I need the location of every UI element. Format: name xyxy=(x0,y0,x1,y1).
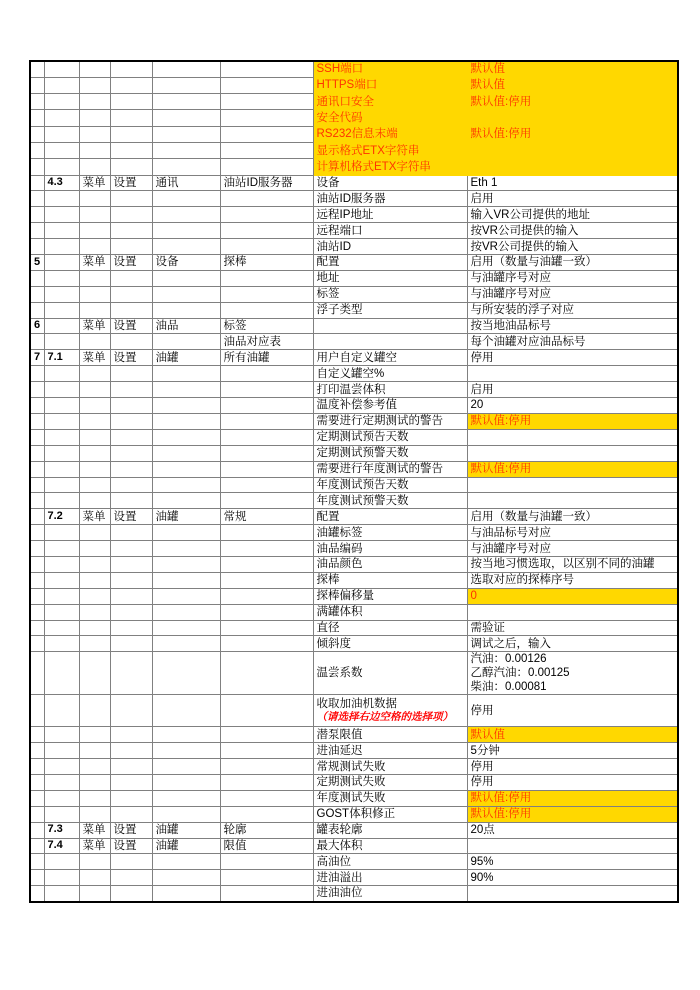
menu-cell xyxy=(79,620,110,636)
subsection-no-cell xyxy=(44,620,79,636)
subcategory-cell xyxy=(220,636,313,652)
param-cell: 打印温尝体积 xyxy=(313,382,467,398)
menu-cell xyxy=(79,270,110,286)
subcategory-cell: 轮廓 xyxy=(220,822,313,838)
table-row: HTTPS端口默认值 xyxy=(30,77,678,93)
table-row: 温尝系数汽油：0.00126乙醇汽油：0.00125柴油：0.00081 xyxy=(30,652,678,695)
category-cell xyxy=(152,191,220,207)
submenu-cell: 设置 xyxy=(110,318,152,334)
cell-line: 柴油：0.00081 xyxy=(471,680,675,694)
param-cell: 安全代码 xyxy=(313,110,467,126)
section-no-cell xyxy=(30,413,44,429)
table-row: 油站ID按VR公司提供的输入 xyxy=(30,239,678,255)
value-cell: 与油罐序号对应 xyxy=(467,286,678,302)
submenu-cell xyxy=(110,223,152,239)
submenu-cell xyxy=(110,142,152,158)
value-cell xyxy=(467,477,678,493)
table-row: 标签与油罐序号对应 xyxy=(30,286,678,302)
subsection-no-cell xyxy=(44,398,79,414)
subcategory-cell xyxy=(220,142,313,158)
menu-cell xyxy=(79,636,110,652)
param-cell: 地址 xyxy=(313,270,467,286)
section-no-cell xyxy=(30,398,44,414)
submenu-cell xyxy=(110,445,152,461)
param-cell: 油品颜色 xyxy=(313,556,467,572)
param-cell: 定期测试预告天数 xyxy=(313,429,467,445)
menu-cell: 菜单 xyxy=(79,350,110,366)
submenu-cell xyxy=(110,620,152,636)
category-cell xyxy=(152,604,220,620)
section-no-cell xyxy=(30,743,44,759)
menu-cell: 菜单 xyxy=(79,175,110,191)
value-cell xyxy=(467,493,678,509)
menu-cell xyxy=(79,461,110,477)
param-cell: 标签 xyxy=(313,286,467,302)
subcategory-cell xyxy=(220,556,313,572)
table-row: 年度测试预警天数 xyxy=(30,493,678,509)
menu-cell xyxy=(79,652,110,695)
category-cell xyxy=(152,207,220,223)
param-cell: 倾斜度 xyxy=(313,636,467,652)
submenu-cell xyxy=(110,302,152,318)
section-no-cell xyxy=(30,94,44,110)
param-cell: 计算机格式ETX字符串 xyxy=(313,159,467,175)
subsection-no-cell: 7.3 xyxy=(44,822,79,838)
section-no-cell: 7 xyxy=(30,350,44,366)
param-cell: GOST体积修正 xyxy=(313,806,467,822)
subcategory-cell xyxy=(220,461,313,477)
value-cell: 按VR公司提供的输入 xyxy=(467,239,678,255)
submenu-cell xyxy=(110,775,152,791)
section-no-cell xyxy=(30,620,44,636)
submenu-cell xyxy=(110,695,152,727)
menu-cell xyxy=(79,695,110,727)
subcategory-cell xyxy=(220,207,313,223)
param-cell: SSH端口 xyxy=(313,61,467,77)
value-cell: 0 xyxy=(467,588,678,604)
section-no-cell xyxy=(30,366,44,382)
submenu-cell: 设置 xyxy=(110,350,152,366)
subcategory-cell xyxy=(220,870,313,886)
menu-cell xyxy=(79,77,110,93)
table-row: 远程端口按VR公司提供的输入 xyxy=(30,223,678,239)
subsection-no-cell xyxy=(44,790,79,806)
subcategory-cell xyxy=(220,854,313,870)
menu-cell xyxy=(79,604,110,620)
category-cell xyxy=(152,398,220,414)
submenu-cell xyxy=(110,541,152,557)
section-no-cell xyxy=(30,142,44,158)
subsection-no-cell xyxy=(44,604,79,620)
value-cell xyxy=(467,366,678,382)
value-cell: 默认值:停用 xyxy=(467,790,678,806)
subcategory-cell xyxy=(220,588,313,604)
submenu-cell xyxy=(110,886,152,902)
table-row: 温度补偿参考值20 xyxy=(30,398,678,414)
section-no-cell xyxy=(30,429,44,445)
section-no-cell xyxy=(30,695,44,727)
menu-cell xyxy=(79,886,110,902)
subsection-no-cell xyxy=(44,445,79,461)
menu-cell xyxy=(79,207,110,223)
table-row: 自定义罐空% xyxy=(30,366,678,382)
table-row: 4.3菜单设置通讯油站ID服务器设备Eth 1 xyxy=(30,175,678,191)
subsection-no-cell xyxy=(44,461,79,477)
menu-cell xyxy=(79,572,110,588)
submenu-cell xyxy=(110,790,152,806)
param-cell: 远程IP地址 xyxy=(313,207,467,223)
value-cell: 与油品标号对应 xyxy=(467,525,678,541)
subcategory-cell xyxy=(220,159,313,175)
param-cell: 油站ID服务器 xyxy=(313,191,467,207)
table-row: 倾斜度调试之后，输入 xyxy=(30,636,678,652)
submenu-cell: 设置 xyxy=(110,255,152,271)
category-cell xyxy=(152,727,220,743)
category-cell xyxy=(152,652,220,695)
subsection-no-cell: 7.1 xyxy=(44,350,79,366)
param-cell: 温尝系数 xyxy=(313,652,467,695)
table-row: 潜泵限值默认值 xyxy=(30,727,678,743)
value-cell: 默认值:停用 xyxy=(467,461,678,477)
category-cell xyxy=(152,477,220,493)
subsection-no-cell xyxy=(44,636,79,652)
value-cell: 默认值:停用 xyxy=(467,806,678,822)
subsection-no-cell xyxy=(44,759,79,775)
value-cell: 启用 xyxy=(467,382,678,398)
param-cell: 探棒 xyxy=(313,572,467,588)
subsection-no-cell xyxy=(44,588,79,604)
subcategory-cell xyxy=(220,541,313,557)
subcategory-cell: 标签 xyxy=(220,318,313,334)
page: { "table": { "grid_color": "#808080", "s… xyxy=(0,0,700,990)
menu-cell xyxy=(79,854,110,870)
section-no-cell xyxy=(30,775,44,791)
param-cell: 定期测试预警天数 xyxy=(313,445,467,461)
subsection-no-cell xyxy=(44,727,79,743)
table-row: GOST体积修正默认值:停用 xyxy=(30,806,678,822)
subsection-no-cell xyxy=(44,302,79,318)
value-cell: 每个油罐对应油品标号 xyxy=(467,334,678,350)
value-cell: 启用 xyxy=(467,191,678,207)
submenu-cell xyxy=(110,604,152,620)
menu-cell xyxy=(79,366,110,382)
value-cell xyxy=(467,886,678,902)
submenu-cell xyxy=(110,854,152,870)
value-cell: 调试之后，输入 xyxy=(467,636,678,652)
param-cell: 设备 xyxy=(313,175,467,191)
section-no-cell xyxy=(30,572,44,588)
value-cell: 停用 xyxy=(467,695,678,727)
category-cell: 油罐 xyxy=(152,509,220,525)
table-row: 进油油位 xyxy=(30,886,678,902)
section-no-cell: 6 xyxy=(30,318,44,334)
section-no-cell xyxy=(30,636,44,652)
value-cell: 95% xyxy=(467,854,678,870)
subcategory-cell: 常规 xyxy=(220,509,313,525)
section-no-cell xyxy=(30,175,44,191)
section-no-cell xyxy=(30,286,44,302)
subcategory-cell: 限值 xyxy=(220,838,313,854)
table-row: 直径需验证 xyxy=(30,620,678,636)
subsection-no-cell xyxy=(44,886,79,902)
menu-cell: 菜单 xyxy=(79,838,110,854)
submenu-cell xyxy=(110,743,152,759)
param-cell: 进油油位 xyxy=(313,886,467,902)
subsection-no-cell xyxy=(44,870,79,886)
param-cell: 最大体积 xyxy=(313,838,467,854)
subcategory-cell xyxy=(220,302,313,318)
table-row: 定期测试预警天数 xyxy=(30,445,678,461)
section-no-cell xyxy=(30,77,44,93)
subsection-no-cell xyxy=(44,207,79,223)
param-cell: 收取加油机数据（请选择右边空格的选择项） xyxy=(313,695,467,727)
table-row: 进油溢出90% xyxy=(30,870,678,886)
subsection-no-cell xyxy=(44,854,79,870)
subsection-no-cell xyxy=(44,541,79,557)
section-no-cell xyxy=(30,110,44,126)
menu-cell xyxy=(79,429,110,445)
param-cell: 进油延迟 xyxy=(313,743,467,759)
subcategory-cell xyxy=(220,110,313,126)
category-cell xyxy=(152,854,220,870)
param-cell: 高油位 xyxy=(313,854,467,870)
value-cell xyxy=(467,429,678,445)
param-cell xyxy=(313,318,467,334)
value-cell: 需验证 xyxy=(467,620,678,636)
menu-cell xyxy=(79,727,110,743)
value-cell xyxy=(467,142,678,158)
param-cell: 常规测试失败 xyxy=(313,759,467,775)
value-cell: 与所安装的浮子对应 xyxy=(467,302,678,318)
value-cell xyxy=(467,159,678,175)
value-cell: 5分钟 xyxy=(467,743,678,759)
table-row: 通讯口安全默认值:停用 xyxy=(30,94,678,110)
category-cell: 油罐 xyxy=(152,822,220,838)
menu-cell xyxy=(79,334,110,350)
value-cell: 按当地油品标号 xyxy=(467,318,678,334)
menu-cell xyxy=(79,790,110,806)
submenu-cell xyxy=(110,159,152,175)
section-no-cell xyxy=(30,509,44,525)
table-row: 常规测试失败停用 xyxy=(30,759,678,775)
section-no-cell xyxy=(30,838,44,854)
subsection-no-cell xyxy=(44,126,79,142)
category-cell xyxy=(152,743,220,759)
submenu-cell xyxy=(110,556,152,572)
menu-cell xyxy=(79,94,110,110)
category-cell xyxy=(152,366,220,382)
subsection-no-cell xyxy=(44,142,79,158)
subcategory-cell xyxy=(220,790,313,806)
subsection-no-cell xyxy=(44,572,79,588)
subcategory-cell xyxy=(220,126,313,142)
menu-cell xyxy=(79,556,110,572)
subcategory-cell xyxy=(220,413,313,429)
section-no-cell xyxy=(30,652,44,695)
value-cell: Eth 1 xyxy=(467,175,678,191)
menu-cell xyxy=(79,493,110,509)
menu-cell xyxy=(79,445,110,461)
param-cell: 自定义罐空% xyxy=(313,366,467,382)
section-no-cell xyxy=(30,126,44,142)
menu-cell: 菜单 xyxy=(79,509,110,525)
submenu-cell xyxy=(110,110,152,126)
table-row: 需要进行年度测试的警告默认值:停用 xyxy=(30,461,678,477)
submenu-cell xyxy=(110,286,152,302)
value-cell xyxy=(467,110,678,126)
subcategory-cell xyxy=(220,759,313,775)
value-cell: 默认值:停用 xyxy=(467,94,678,110)
menu-cell xyxy=(79,126,110,142)
menu-cell xyxy=(79,541,110,557)
menu-cell xyxy=(79,806,110,822)
section-no-cell xyxy=(30,270,44,286)
table-row: 进油延迟5分钟 xyxy=(30,743,678,759)
param-cell: 直径 xyxy=(313,620,467,636)
submenu-cell xyxy=(110,477,152,493)
section-no-cell xyxy=(30,854,44,870)
category-cell xyxy=(152,620,220,636)
category-cell xyxy=(152,886,220,902)
subcategory-cell xyxy=(220,886,313,902)
value-cell: 停用 xyxy=(467,350,678,366)
table-row: 油罐标签与油品标号对应 xyxy=(30,525,678,541)
table-row: 油品对应表每个油罐对应油品标号 xyxy=(30,334,678,350)
section-no-cell xyxy=(30,334,44,350)
value-cell: 按VR公司提供的输入 xyxy=(467,223,678,239)
category-cell: 通讯 xyxy=(152,175,220,191)
category-cell xyxy=(152,759,220,775)
section-no-cell xyxy=(30,759,44,775)
section-no-cell xyxy=(30,493,44,509)
subsection-no-cell: 4.3 xyxy=(44,175,79,191)
category-cell xyxy=(152,159,220,175)
submenu-cell xyxy=(110,727,152,743)
section-no-cell xyxy=(30,822,44,838)
cell-line: 收取加油机数据 xyxy=(317,697,464,711)
cell-line: 乙醇汽油：0.00125 xyxy=(471,666,675,680)
table-row: 6菜单设置油品标签按当地油品标号 xyxy=(30,318,678,334)
category-cell xyxy=(152,870,220,886)
subcategory-cell: 油品对应表 xyxy=(220,334,313,350)
subsection-no-cell xyxy=(44,239,79,255)
value-cell: 20 xyxy=(467,398,678,414)
submenu-cell xyxy=(110,270,152,286)
value-cell: 默认值:停用 xyxy=(467,126,678,142)
subcategory-cell xyxy=(220,223,313,239)
param-cell: 油站ID xyxy=(313,239,467,255)
submenu-cell xyxy=(110,413,152,429)
subsection-no-cell: 7.4 xyxy=(44,838,79,854)
table-row: 浮子类型与所安装的浮子对应 xyxy=(30,302,678,318)
category-cell xyxy=(152,556,220,572)
value-cell: 选取对应的探棒序号 xyxy=(467,572,678,588)
category-cell xyxy=(152,223,220,239)
submenu-cell xyxy=(110,61,152,77)
subcategory-cell xyxy=(220,61,313,77)
settings-table: SSH端口默认值HTTPS端口默认值通讯口安全默认值:停用安全代码RS232信息… xyxy=(29,60,679,903)
submenu-cell xyxy=(110,77,152,93)
section-no-cell xyxy=(30,525,44,541)
section-no-cell xyxy=(30,61,44,77)
subcategory-cell xyxy=(220,695,313,727)
subsection-no-cell xyxy=(44,556,79,572)
param-cell: 定期测试失败 xyxy=(313,775,467,791)
section-no-cell xyxy=(30,806,44,822)
menu-cell xyxy=(79,759,110,775)
category-cell xyxy=(152,429,220,445)
section-no-cell xyxy=(30,870,44,886)
submenu-cell xyxy=(110,461,152,477)
menu-cell xyxy=(79,61,110,77)
subsection-no-cell xyxy=(44,191,79,207)
subcategory-cell xyxy=(220,270,313,286)
table-row: 年度测试预告天数 xyxy=(30,477,678,493)
table-row: 7.3菜单设置油罐轮廓罐表轮廓20点 xyxy=(30,822,678,838)
category-cell xyxy=(152,302,220,318)
subsection-no-cell xyxy=(44,77,79,93)
value-cell: 90% xyxy=(467,870,678,886)
category-cell: 油罐 xyxy=(152,350,220,366)
submenu-cell xyxy=(110,366,152,382)
section-no-cell xyxy=(30,191,44,207)
category-cell xyxy=(152,286,220,302)
param-cell: 年度测试预告天数 xyxy=(313,477,467,493)
param-cell: 年度测试失败 xyxy=(313,790,467,806)
subsection-no-cell xyxy=(44,806,79,822)
submenu-cell xyxy=(110,572,152,588)
section-no-cell xyxy=(30,556,44,572)
subsection-no-cell xyxy=(44,743,79,759)
value-cell: 默认值:停用 xyxy=(467,413,678,429)
value-cell: 停用 xyxy=(467,775,678,791)
menu-cell xyxy=(79,142,110,158)
category-cell xyxy=(152,239,220,255)
param-cell: 满罐体积 xyxy=(313,604,467,620)
category-cell: 油罐 xyxy=(152,838,220,854)
category-cell xyxy=(152,775,220,791)
table-row: SSH端口默认值 xyxy=(30,61,678,77)
table-row: 地址与油罐序号对应 xyxy=(30,270,678,286)
menu-cell xyxy=(79,775,110,791)
value-cell: 汽油：0.00126乙醇汽油：0.00125柴油：0.00081 xyxy=(467,652,678,695)
category-cell xyxy=(152,695,220,727)
section-no-cell xyxy=(30,382,44,398)
subcategory-cell xyxy=(220,806,313,822)
category-cell xyxy=(152,541,220,557)
category-cell: 油品 xyxy=(152,318,220,334)
table-row: 7.4菜单设置油罐限值最大体积 xyxy=(30,838,678,854)
section-no-cell xyxy=(30,604,44,620)
menu-cell xyxy=(79,525,110,541)
subsection-no-cell xyxy=(44,270,79,286)
subsection-no-cell xyxy=(44,223,79,239)
menu-cell xyxy=(79,191,110,207)
category-cell xyxy=(152,77,220,93)
param-cell: 油品编码 xyxy=(313,541,467,557)
category-cell xyxy=(152,270,220,286)
param-cell xyxy=(313,334,467,350)
param-cell: 需要进行定期测试的警告 xyxy=(313,413,467,429)
subcategory-cell xyxy=(220,191,313,207)
menu-cell xyxy=(79,743,110,759)
value-cell: 与油罐序号对应 xyxy=(467,541,678,557)
param-cell: RS232信息末端 xyxy=(313,126,467,142)
section-no-cell xyxy=(30,223,44,239)
subcategory-cell xyxy=(220,620,313,636)
subsection-no-cell xyxy=(44,429,79,445)
table-row: 5菜单设置设备探棒配置启用（数量与油罐一致） xyxy=(30,255,678,271)
